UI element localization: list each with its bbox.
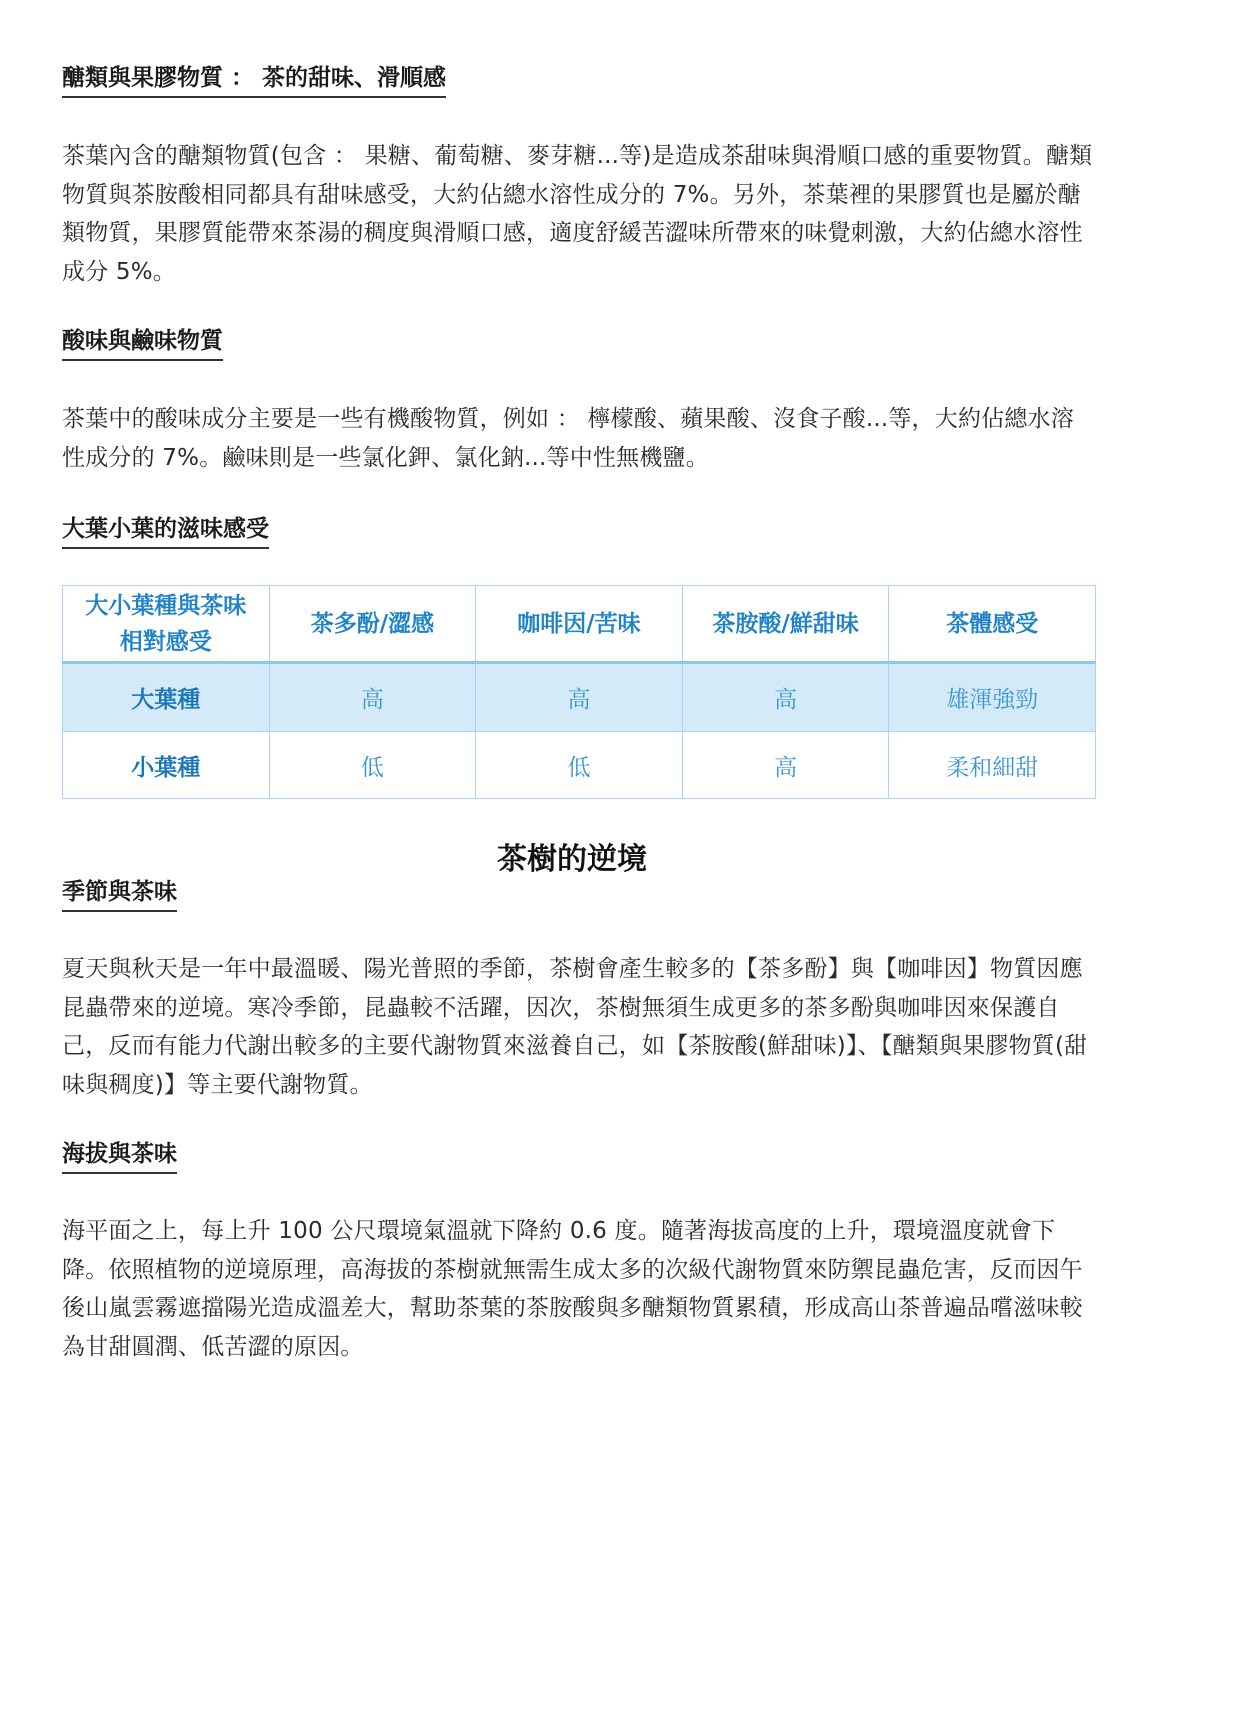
row-label: 大葉種 xyxy=(63,663,270,732)
section-heading-altitude: 海拔與茶味 xyxy=(62,1140,177,1174)
cell-body: 雄渾強勁 xyxy=(889,663,1096,732)
section-heading-leaf-size: 大葉小葉的滋味感受 xyxy=(62,515,269,549)
cell-theanine: 高 xyxy=(682,663,889,732)
table-header-row: 大小葉種與茶味 相對感受 茶多酚/澀感 咖啡因/苦味 茶胺酸/鮮甜味 茶體感受 xyxy=(63,586,1096,663)
section-heading-acid-salt: 酸味與鹼味物質 xyxy=(62,327,223,361)
table-row: 小葉種 低 低 高 柔和細甜 xyxy=(63,732,1096,799)
cell-polyphenol: 低 xyxy=(269,732,476,799)
section-heading-sugar: 醣類與果膠物質 ： 茶的甜味、滑順感 xyxy=(62,64,446,98)
cell-caffeine: 低 xyxy=(476,732,683,799)
table-header-polyphenol: 茶多酚/澀感 xyxy=(269,586,476,663)
header-line-1: 大小葉種與茶味 xyxy=(63,588,269,624)
paragraph-acid-salt: 茶葉中的酸味成分主要是一些有機酸物質，例如 ： 檸檬酸、蘋果酸、沒食子酸...等… xyxy=(62,400,1096,477)
leaf-size-comparison-table: 大小葉種與茶味 相對感受 茶多酚/澀感 咖啡因/苦味 茶胺酸/鮮甜味 茶體感受 … xyxy=(62,585,1096,799)
table-header-body: 茶體感受 xyxy=(889,586,1096,663)
row-label: 小葉種 xyxy=(63,732,270,799)
cell-caffeine: 高 xyxy=(476,663,683,732)
table-header-category: 大小葉種與茶味 相對感受 xyxy=(63,586,270,663)
paragraph-season: 夏天與秋天是一年中最溫暖、陽光普照的季節，茶樹會產生較多的【茶多酚】與【咖啡因】… xyxy=(62,950,1096,1104)
cell-body: 柔和細甜 xyxy=(889,732,1096,799)
header-line-2: 相對感受 xyxy=(63,624,269,660)
table-header-theanine: 茶胺酸/鮮甜味 xyxy=(682,586,889,663)
cell-theanine: 高 xyxy=(682,732,889,799)
cell-polyphenol: 高 xyxy=(269,663,476,732)
paragraph-sugar: 茶葉內含的醣類物質(包含 ： 果糖、葡萄糖、麥芽糖...等)是造成茶甜味與滑順口… xyxy=(62,137,1096,291)
table-header-caffeine: 咖啡因/苦味 xyxy=(476,586,683,663)
section-title-adversity: 茶樹的逆境 xyxy=(62,834,1082,878)
section-heading-season: 季節與茶味 xyxy=(62,878,177,912)
table-row: 大葉種 高 高 高 雄渾強勁 xyxy=(63,663,1096,732)
paragraph-altitude: 海平面之上，每上升 100 公尺環境氣溫就下降約 0.6 度。隨著海拔高度的上升… xyxy=(62,1212,1096,1366)
